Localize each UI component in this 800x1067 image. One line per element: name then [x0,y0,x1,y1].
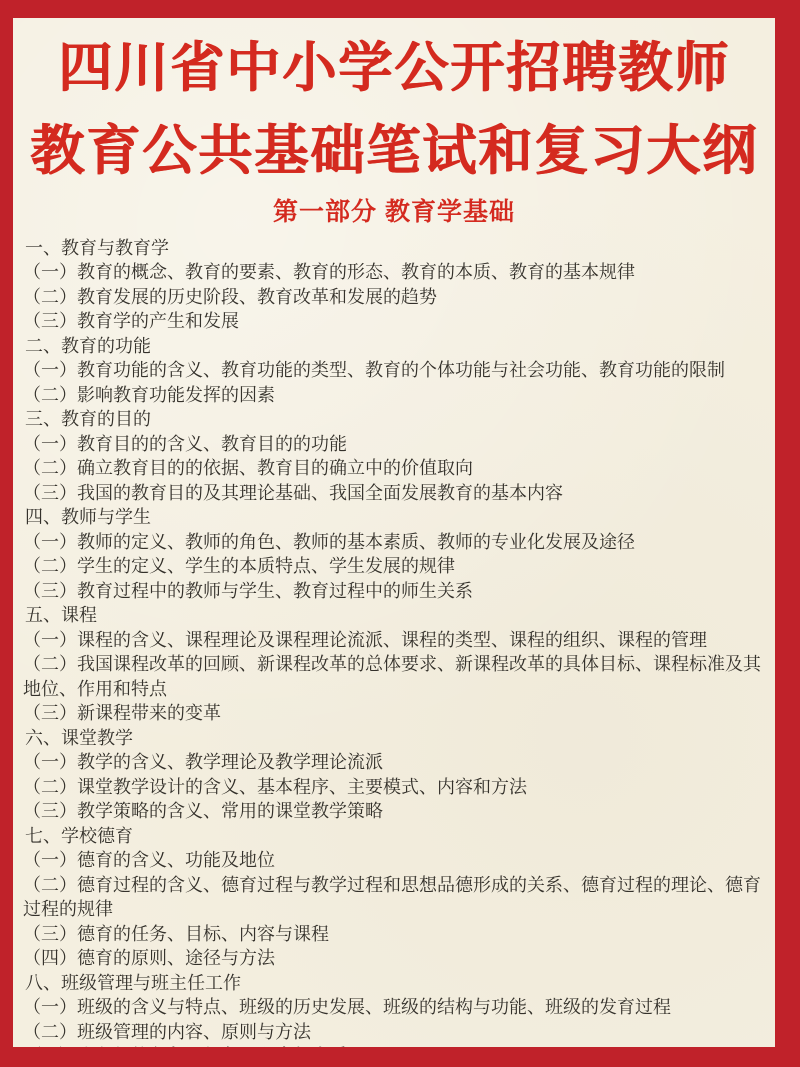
outline-item: （二）我国课程改革的回顾、新课程改革的总体要求、新课程改革的具体目标、课程标准及… [23,652,771,701]
section-heading: 一、教育与教育学 [23,236,771,261]
outline-item: （二）影响教育功能发挥的因素 [23,383,771,408]
section-heading: 二、教育的功能 [23,334,771,359]
outline-item: （一）教学的含义、教学理论及教学理论流派 [23,750,771,775]
outline-item: （二）课堂教学设计的含义、基本程序、主要模式、内容和方法 [23,775,771,800]
main-title-line-2: 教育公共基础笔试和复习大纲 [13,119,775,184]
paper-sheet: 四川省中小学公开招聘教师 教育公共基础笔试和复习大纲 第一部分 教育学基础 一、… [13,18,775,1047]
section-heading: 八、班级管理与班主任工作 [23,971,771,996]
outline-item: （二）德育过程的含义、德育过程与教学过程和思想品德形成的关系、德育过程的理论、德… [23,873,771,922]
outline-item: （一）教育目的的含义、教育目的的功能 [23,432,771,457]
outline-item: （二）教育发展的历史阶段、教育改革和发展的趋势 [23,285,771,310]
part-heading: 第一部分 教育学基础 [13,192,775,228]
outline: 一、教育与教育学（一）教育的概念、教育的要素、教育的形态、教育的本质、教育的基本… [13,236,775,1047]
outline-item: （一）教育功能的含义、教育功能的类型、教育的个体功能与社会功能、教育功能的限制 [23,358,771,383]
section-heading: 三、教育的目的 [23,407,771,432]
outline-item: （三）教育学的产生和发展 [23,309,771,334]
outline-item: （一）课程的含义、课程理论及课程理论流派、课程的类型、课程的组织、课程的管理 [23,628,771,653]
outline-item: （三）教学策略的含义、常用的课堂教学策略 [23,799,771,824]
outline-item: （一）德育的含义、功能及地位 [23,848,771,873]
section-heading: 六、课堂教学 [23,726,771,751]
section-heading: 四、教师与学生 [23,505,771,530]
section-heading: 七、学校德育 [23,824,771,849]
outline-item: （一）教育的概念、教育的要素、教育的形态、教育的本质、教育的基本规律 [23,260,771,285]
outline-item: （三）班主任的角色、任务、职责与素质 [23,1044,771,1047]
outline-item: （一）教师的定义、教师的角色、教师的基本素质、教师的专业化发展及途径 [23,530,771,555]
outline-item: （三）我国的教育目的及其理论基础、我国全面发展教育的基本内容 [23,481,771,506]
outline-item: （二）学生的定义、学生的本质特点、学生发展的规律 [23,554,771,579]
outline-item: （三）教育过程中的教师与学生、教育过程中的师生关系 [23,579,771,604]
outline-item: （三）新课程带来的变革 [23,701,771,726]
outline-item: （一）班级的含义与特点、班级的历史发展、班级的结构与功能、班级的发育过程 [23,995,771,1020]
section-heading: 五、课程 [23,603,771,628]
outline-item: （四）德育的原则、途径与方法 [23,946,771,971]
outline-item: （二）确立教育目的的依据、教育目的确立中的价值取向 [23,456,771,481]
poster-root: { "poster": { "title_line1": "四川省中小学公开招聘… [0,0,800,1067]
outline-item: （三）德育的任务、目标、内容与课程 [23,922,771,947]
outline-item: （二）班级管理的内容、原则与方法 [23,1020,771,1045]
main-title-line-1: 四川省中小学公开招聘教师 [13,36,775,101]
